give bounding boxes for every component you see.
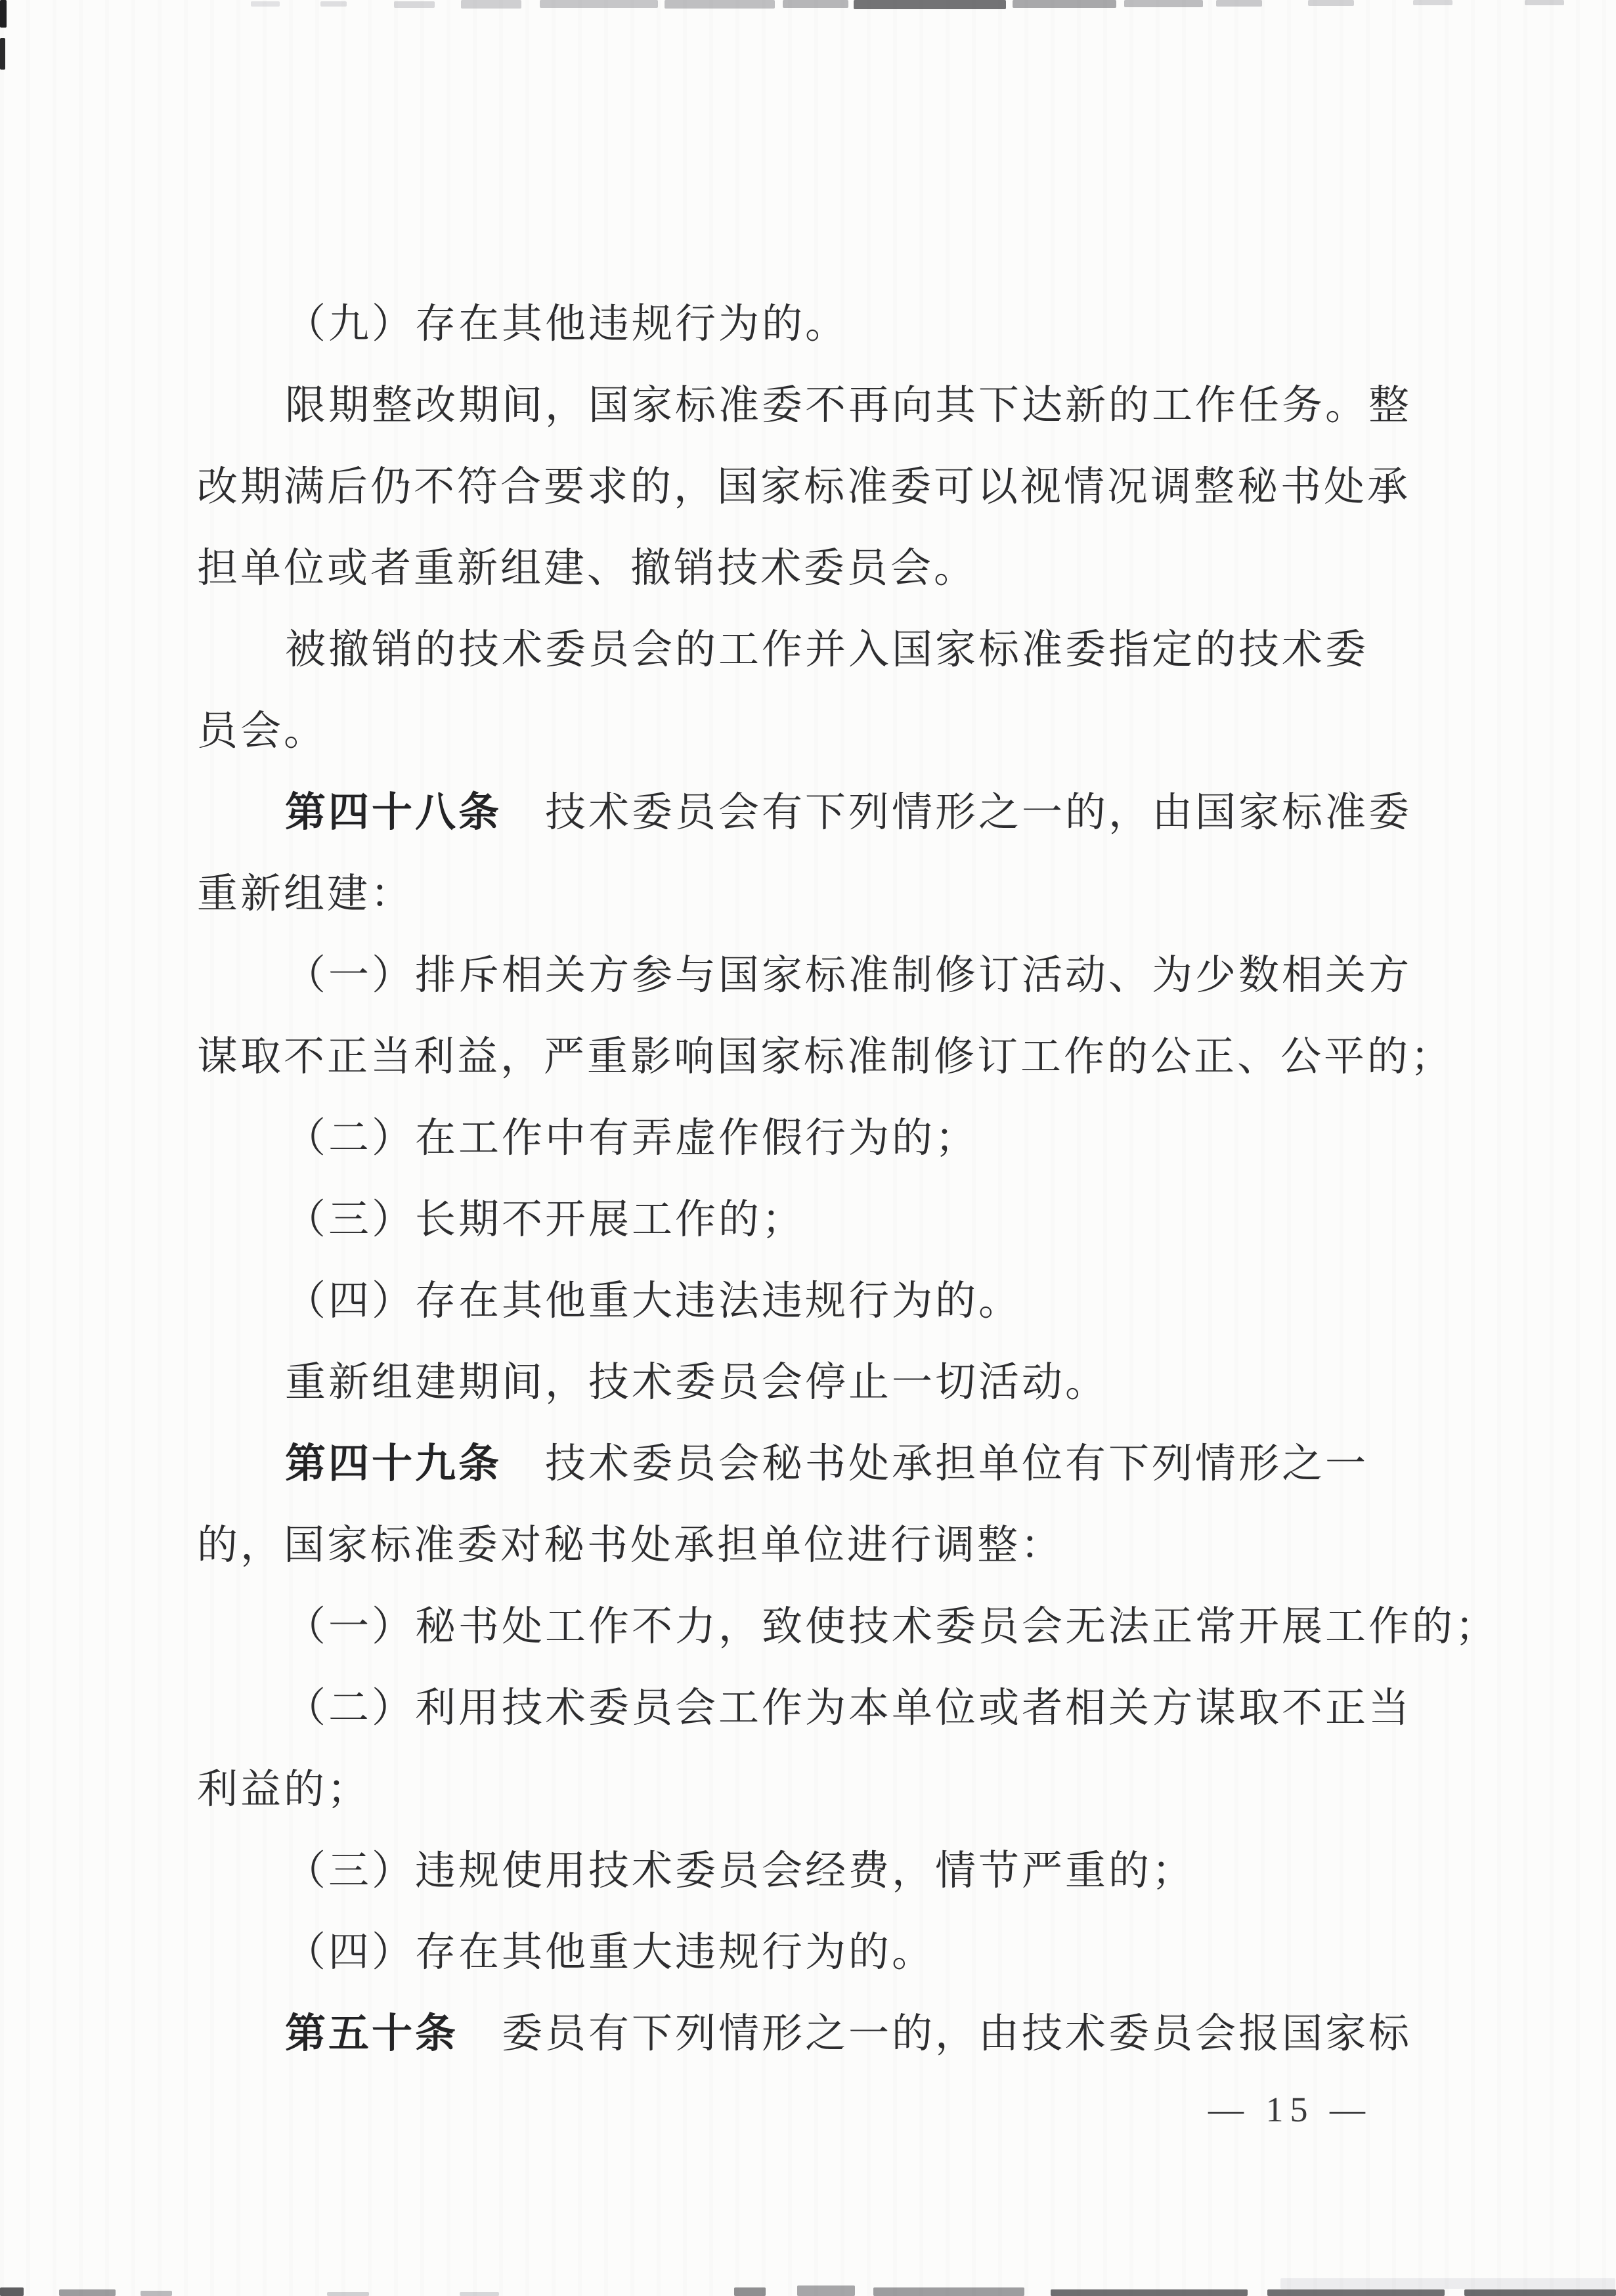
text-line: （四）存在其他重大违法违规行为的。: [197, 1261, 1425, 1342]
scan-mark: [1308, 0, 1354, 6]
scan-mark: [0, 2287, 24, 2296]
page-number: — 15 —: [1208, 2080, 1372, 2139]
text-segment: 谋取不正当利益，严重影响国家标准制修订工作的公正、公平的；: [197, 1035, 1454, 1079]
text-segment: （一）排斥相关方参与国家标准制修订活动、为少数相关方: [285, 953, 1412, 998]
scan-mark: [540, 0, 658, 8]
text-line: 员会。: [197, 691, 1425, 772]
text-line: 利益的；: [197, 1749, 1425, 1830]
text-line: 担单位或者重新组建、撤销技术委员会。: [197, 528, 1425, 609]
text-segment: （二）在工作中有弄虚作假行为的；: [285, 1116, 978, 1161]
scan-mark: [0, 0, 7, 28]
text-segment: 的，国家标准委对秘书处承担单位进行调整：: [197, 1523, 1064, 1568]
scan-mark: [461, 0, 521, 9]
scan-mark: [1280, 2278, 1615, 2289]
scan-mark: [1413, 0, 1452, 5]
text-line: 限期整改期间，国家标准委不再向其下达新的工作任务。整: [197, 365, 1425, 446]
scan-mark: [1525, 0, 1564, 5]
text-segment: 限期整改期间，国家标准委不再向其下达新的工作任务。整: [285, 383, 1412, 428]
text-segment: （二）利用技术委员会工作为本单位或者相关方谋取不正当: [285, 1686, 1412, 1731]
text-line: （三）违规使用技术委员会经费，情节严重的；: [197, 1830, 1425, 1912]
scan-mark: [141, 2291, 172, 2296]
text-segment: （九）存在其他违规行为的。: [285, 302, 848, 347]
scan-mark: [1124, 0, 1203, 7]
text-line: 的，国家标准委对秘书处承担单位进行调整：: [197, 1505, 1425, 1586]
text-segment: （三）违规使用技术委员会经费，情节严重的；: [285, 1849, 1195, 1894]
article-number: 第五十条: [285, 2011, 458, 2056]
text-line: 重新组建期间，技术委员会停止一切活动。: [197, 1342, 1425, 1423]
text-line: （一）秘书处工作不力，致使技术委员会无法正常开展工作的；: [197, 1586, 1425, 1668]
scan-mark: [854, 0, 1006, 9]
scan-mark: [59, 2289, 116, 2296]
text-line: 重新组建：: [197, 854, 1425, 935]
text-line: （三）长期不开展工作的；: [197, 1179, 1425, 1261]
text-segment: 改期满后仍不符合要求的，国家标准委可以视情况调整秘书处承: [197, 465, 1410, 509]
text-line: （一）排斥相关方参与国家标准制修订活动、为少数相关方: [197, 935, 1425, 1016]
scan-mark: [1013, 0, 1116, 8]
text-line: 第四十八条 技术委员会有下列情形之一的，由国家标准委: [197, 772, 1425, 854]
text-segment: 技术委员会秘书处承担单位有下列情形之一: [502, 1442, 1368, 1486]
text-line: 谋取不正当利益，严重影响国家标准制修订工作的公正、公平的；: [197, 1016, 1425, 1098]
text-line: 被撤销的技术委员会的工作并入国家标准委指定的技术委: [197, 609, 1425, 691]
text-line: （九）存在其他违规行为的。: [197, 284, 1425, 365]
article-number: 第四十八条: [285, 790, 502, 835]
scan-mark: [1051, 2289, 1248, 2296]
text-segment: 利益的；: [197, 1767, 370, 1812]
text-segment: （四）存在其他重大违规行为的。: [285, 1930, 935, 1975]
text-segment: （一）秘书处工作不力，致使技术委员会无法正常开展工作的；: [285, 1605, 1498, 1649]
text-segment: 重新组建期间，技术委员会停止一切活动。: [285, 1360, 1108, 1405]
scan-mark: [394, 1, 435, 8]
text-segment: 员会。: [197, 709, 327, 754]
text-line: （四）存在其他重大违规行为的。: [197, 1912, 1425, 1993]
scanned-document-page: （九）存在其他违规行为的。限期整改期间，国家标准委不再向其下达新的工作任务。整改…: [0, 0, 1616, 2296]
scan-mark: [1216, 0, 1262, 7]
scan-mark: [783, 0, 848, 8]
scan-mark: [1464, 2289, 1616, 2296]
text-segment: 技术委员会有下列情形之一的，由国家标准委: [502, 791, 1412, 835]
text-segment: （四）存在其他重大违法违规行为的。: [285, 1279, 1022, 1324]
text-segment: 重新组建：: [197, 872, 414, 917]
scan-mark: [251, 1, 280, 7]
scan-mark: [327, 2292, 369, 2296]
scan-mark: [797, 2285, 855, 2296]
text-segment: 委员有下列情形之一的，由技术委员会报国家标: [458, 2012, 1412, 2056]
text-segment: 被撤销的技术委员会的工作并入国家标准委指定的技术委: [285, 628, 1368, 672]
scan-mark: [460, 2292, 499, 2296]
scan-mark: [734, 2287, 766, 2296]
text-segment: （三）长期不开展工作的；: [285, 1198, 805, 1242]
text-line: （二）在工作中有弄虚作假行为的；: [197, 1098, 1425, 1179]
scan-mark: [320, 1, 347, 7]
text-line: 改期满后仍不符合要求的，国家标准委可以视情况调整秘书处承: [197, 446, 1425, 528]
text-segment: 担单位或者重新组建、撤销技术委员会。: [197, 546, 977, 591]
scan-mark: [0, 38, 5, 70]
scan-mark: [665, 0, 775, 9]
text-line: 第四十九条 技术委员会秘书处承担单位有下列情形之一: [197, 1423, 1425, 1505]
article-number: 第四十九条: [285, 1441, 502, 1486]
text-line: 第五十条 委员有下列情形之一的，由技术委员会报国家标: [197, 1993, 1425, 2075]
document-lines: （九）存在其他违规行为的。限期整改期间，国家标准委不再向其下达新的工作任务。整改…: [197, 284, 1425, 2075]
scan-mark: [1267, 2289, 1445, 2296]
text-line: （二）利用技术委员会工作为本单位或者相关方谋取不正当: [197, 1668, 1425, 1749]
scan-mark: [873, 2287, 1024, 2296]
